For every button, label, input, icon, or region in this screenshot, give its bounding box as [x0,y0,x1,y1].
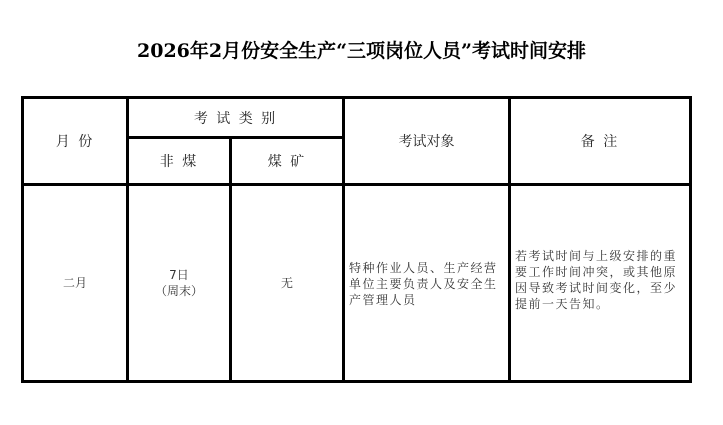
row-exam-target: 特种作业人员、生产经营单位主要负责人及安全生产管理人员 [345,186,508,380]
header-non-coal: 非 煤 [129,139,229,183]
header-exam-target: 考试对象 [345,99,508,183]
row-remarks: 若考试时间与上级安排的重要工作时间冲突，或其他原因导致考试时间变化，至少提前一天… [511,186,689,380]
row-coal-mine: 无 [232,186,342,380]
header-exam-category: 考 试 类 别 [129,99,342,136]
document-title: 2026年2月份安全生产“三项岗位人员”考试时间安排 [0,36,723,63]
header-month: 月 份 [24,99,126,183]
exam-schedule-table: 月 份 考 试 类 别 非 煤 煤 矿 考试对象 备 注 二月 7日 （周末） … [21,96,692,383]
row-non-coal: 7日 （周末） [129,186,229,380]
header-remarks: 备 注 [511,99,689,183]
row-non-coal-date: 7日 [169,267,189,283]
row-month: 二月 [24,186,126,380]
header-coal-mine: 煤 矿 [232,139,342,183]
row-non-coal-note: （周末） [155,283,203,299]
